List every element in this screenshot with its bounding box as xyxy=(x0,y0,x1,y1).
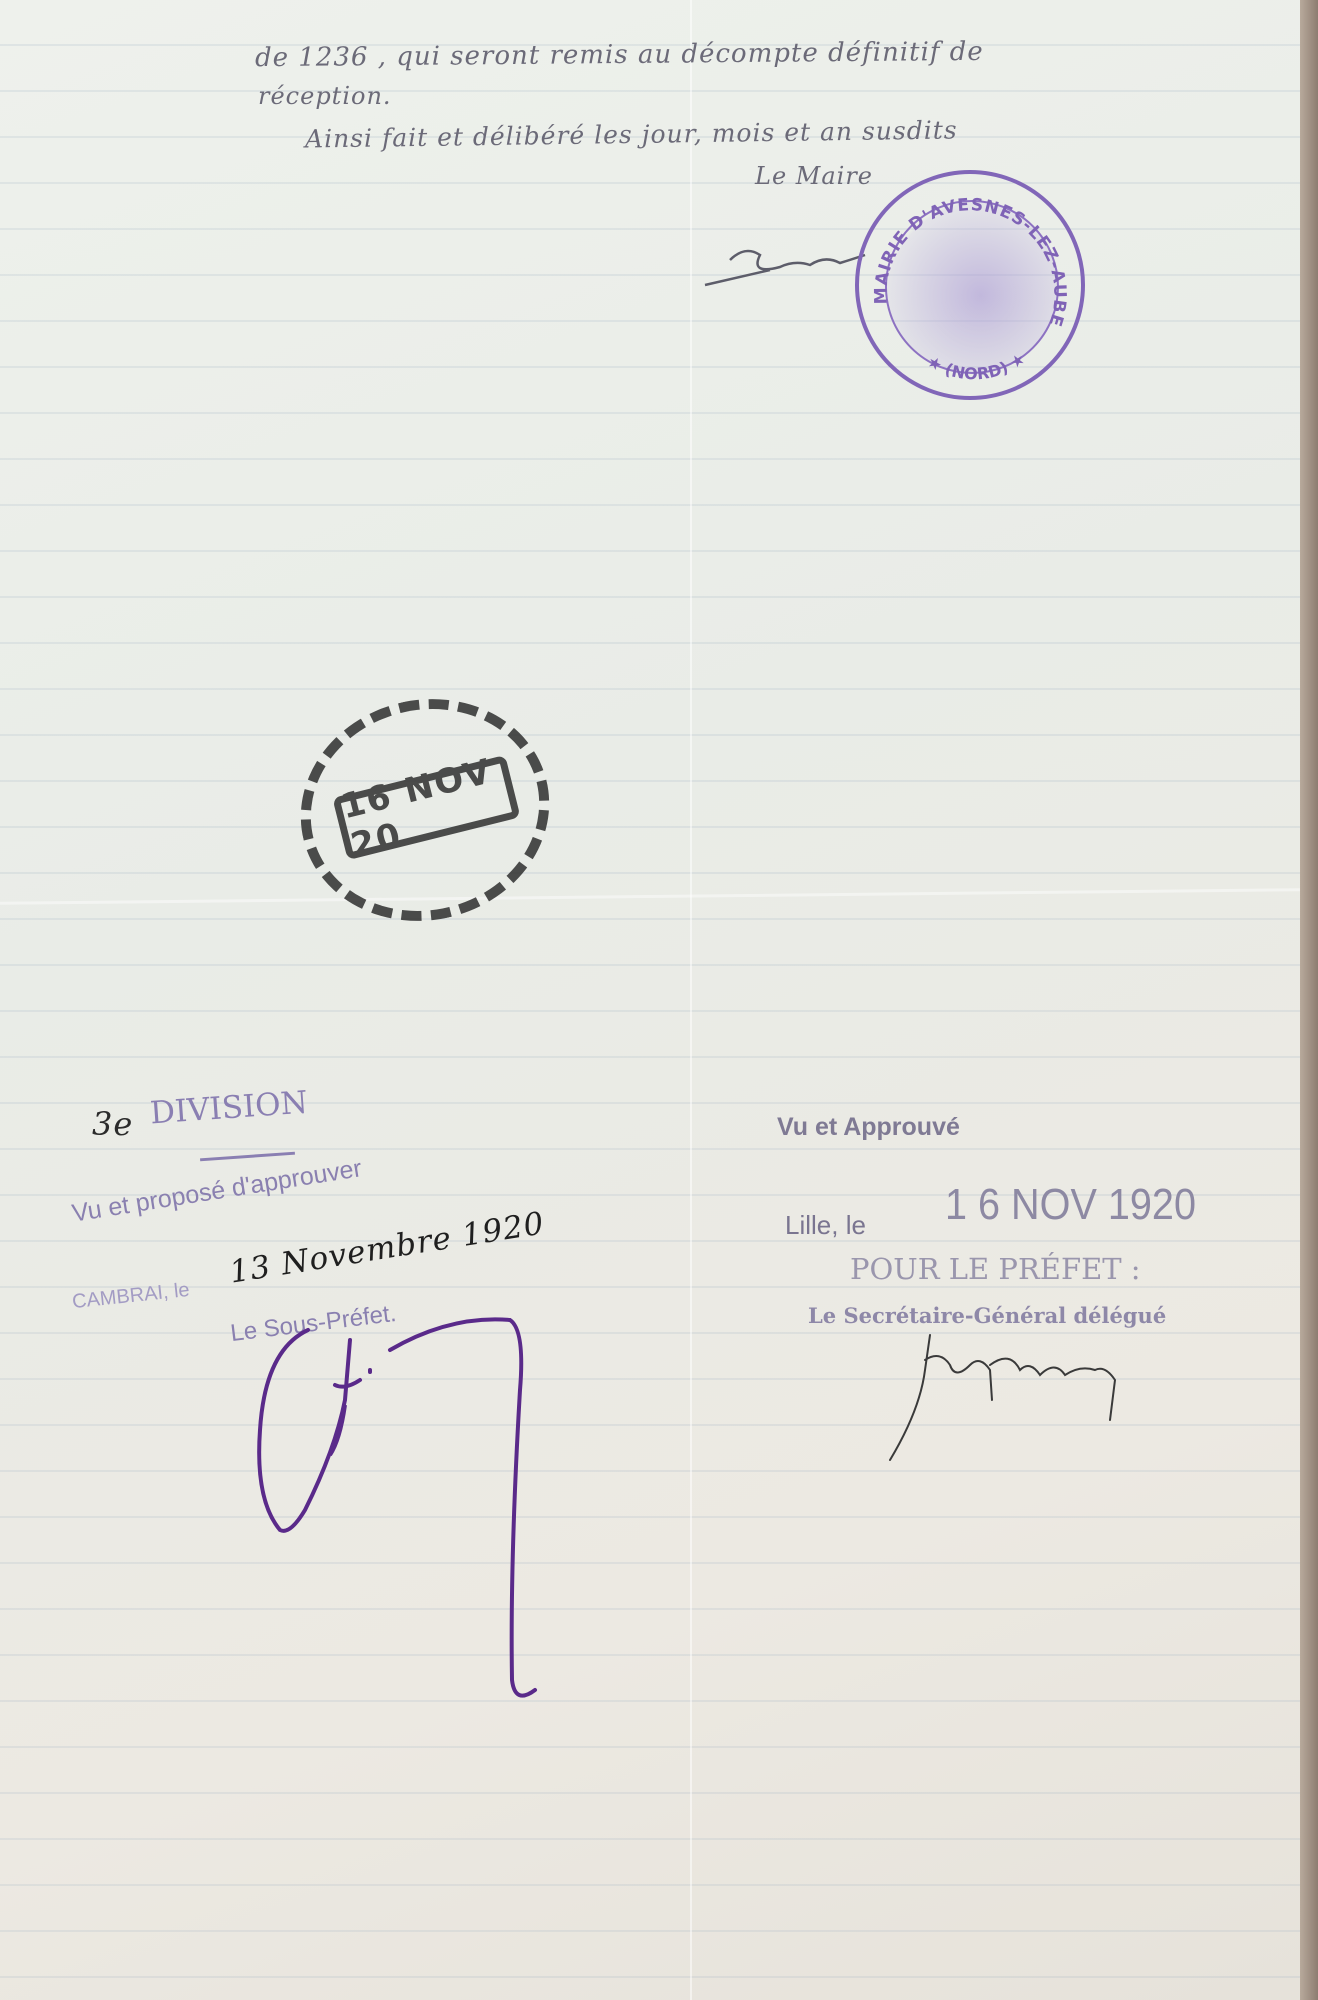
secretary-signature xyxy=(880,1320,1160,1460)
postal-stamp-date: 16 NOV 20 xyxy=(337,749,515,866)
division-label: DIVISION xyxy=(149,1085,309,1132)
seal-ring-text: MAIRIE D'AVESNES-LEZ-AUBERT ★ (NORD) ★ xyxy=(859,174,1081,396)
postal-date-stamp: 16 NOV 20 xyxy=(277,673,573,947)
prefecture-stamped-date: 1 6 NOV 1920 xyxy=(945,1180,1196,1230)
subprefect-signature xyxy=(250,1310,550,1730)
document-page: de 1236 , qui seront remis au décompte d… xyxy=(0,0,1300,2000)
handwritten-line-2: réception. xyxy=(258,82,392,110)
handwritten-line-1: de 1236 , qui seront remis au décompte d… xyxy=(255,37,984,73)
svg-text:MAIRIE D'AVESNES-LEZ-AUBERT: MAIRIE D'AVESNES-LEZ-AUBERT xyxy=(859,174,1070,329)
date-stamp-box: 16 NOV 20 xyxy=(332,755,520,860)
mayor-signature xyxy=(700,215,880,295)
for-prefect-label: POUR LE PRÉFET : xyxy=(850,1252,1141,1286)
handwritten-date: 13 Novembre 1920 xyxy=(227,1205,547,1290)
handwritten-mayor-label: Le Maire xyxy=(755,162,873,190)
division-number: 3e xyxy=(92,1105,133,1143)
prefecture-place: Lille, le xyxy=(785,1210,866,1241)
subprefecture-place: CAMBRAI, le xyxy=(71,1279,191,1314)
proposal-text: Vu et proposé d'approuver xyxy=(70,1154,364,1228)
division-underline xyxy=(200,1152,295,1162)
svg-text:★ (NORD) ★: ★ (NORD) ★ xyxy=(924,349,1029,384)
mairie-seal-stamp: MAIRIE D'AVESNES-LEZ-AUBERT ★ (NORD) ★ xyxy=(855,170,1085,400)
fold-line-horizontal xyxy=(0,888,1300,905)
paper-edge-background xyxy=(1300,0,1318,2000)
handwritten-line-3: Ainsi fait et délibéré les jour, mois et… xyxy=(305,115,958,153)
fold-line-vertical xyxy=(690,0,692,2000)
approval-text: Vu et Approuvé xyxy=(777,1113,960,1142)
